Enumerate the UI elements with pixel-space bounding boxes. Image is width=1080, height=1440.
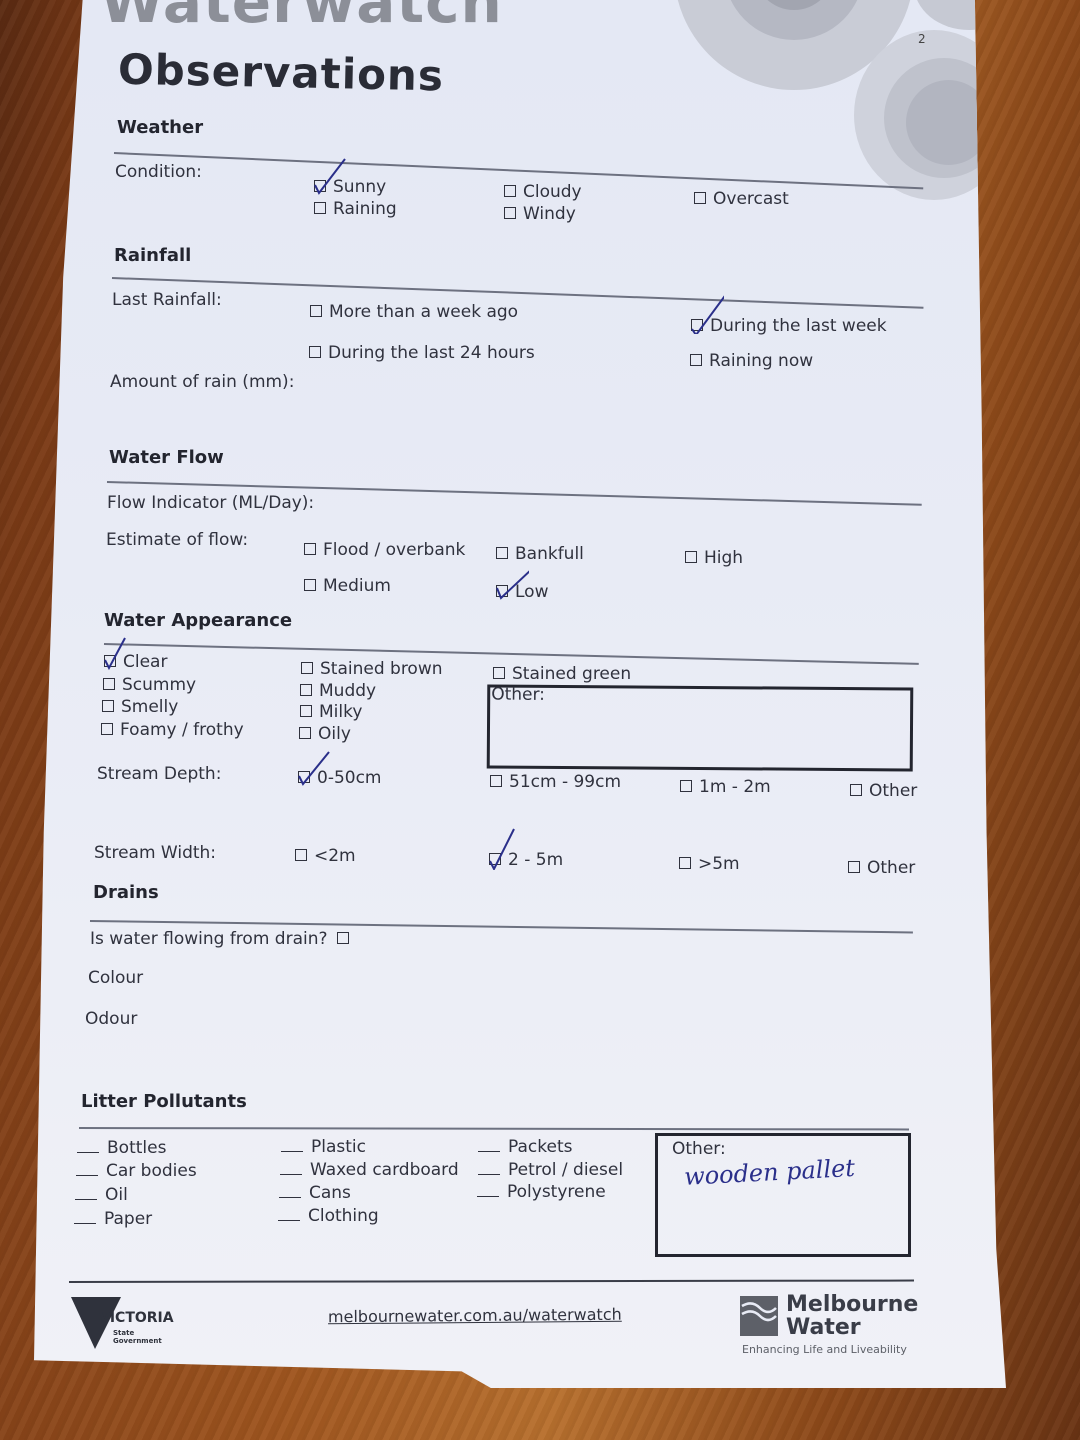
- handwritten-check-icon: [297, 748, 331, 788]
- litter-item-clothing[interactable]: Clothing: [278, 1206, 379, 1226]
- section-title-weather: Weather: [117, 117, 203, 138]
- checkbox-box: [685, 551, 697, 563]
- checkbox-depth-other[interactable]: Other: [850, 781, 917, 801]
- checkbox-box: [493, 667, 505, 679]
- app-title: Waterwatch: [100, 0, 503, 36]
- count-blank[interactable]: [478, 1174, 500, 1175]
- stream-depth-label: Stream Depth:: [97, 764, 221, 784]
- waterwatch-website-link[interactable]: melbournewater.com.au/waterwatch: [328, 1305, 622, 1327]
- count-blank[interactable]: [280, 1174, 302, 1175]
- litter-item-plastic[interactable]: Plastic: [281, 1137, 366, 1157]
- observation-form-sheet: 2 Waterwatch Observations Weather Condit…: [34, 0, 1006, 1388]
- checkbox-overcast[interactable]: Overcast: [694, 189, 789, 209]
- checkbox-box: [300, 684, 312, 696]
- stream-width-label: Stream Width:: [94, 843, 216, 863]
- victoria-government-logo: VICTORIA State Government: [71, 1297, 181, 1349]
- checkbox-depth-1-2m[interactable]: 1m - 2m: [680, 777, 771, 797]
- checkbox-raining-now[interactable]: Raining now: [690, 351, 813, 371]
- checkbox-stained-brown[interactable]: Stained brown: [301, 659, 443, 679]
- count-blank[interactable]: [281, 1151, 303, 1152]
- checkbox-box: [314, 180, 326, 192]
- checkbox-during-last-week[interactable]: During the last week: [691, 316, 887, 336]
- checkbox-oily[interactable]: Oily: [299, 724, 351, 744]
- appearance-other-field[interactable]: Other:: [487, 685, 914, 772]
- condition-label: Condition:: [115, 162, 202, 182]
- checkbox-box: [314, 202, 326, 214]
- litter-item-packets[interactable]: Packets: [478, 1137, 572, 1157]
- checkbox-box: [850, 784, 862, 796]
- checkbox-sunny[interactable]: Sunny: [314, 177, 386, 197]
- handwritten-check-icon: [690, 284, 724, 334]
- page-number: 2: [918, 32, 926, 46]
- footer-divider: [69, 1280, 914, 1283]
- drain-odour-label: Odour: [85, 1009, 137, 1029]
- section-divider: [79, 1127, 909, 1130]
- checkbox-low[interactable]: Low: [496, 582, 548, 602]
- checkbox-width-other[interactable]: Other: [848, 858, 915, 878]
- checkbox-box: [504, 185, 516, 197]
- checkbox-stained-green[interactable]: Stained green: [493, 664, 631, 684]
- drain-colour-label: Colour: [88, 968, 143, 988]
- litter-item-polystyrene[interactable]: Polystyrene: [477, 1182, 606, 1202]
- checkbox-box: [489, 853, 501, 865]
- checkbox-box: [694, 192, 706, 204]
- appearance-other-label: Other:: [491, 685, 910, 708]
- count-blank[interactable]: [278, 1220, 300, 1221]
- checkbox-width-under-2m[interactable]: <2m: [295, 846, 356, 866]
- checkbox-box: [496, 547, 508, 559]
- checkbox-drain-flowing[interactable]: [337, 932, 349, 944]
- section-title-water-appearance: Water Appearance: [104, 610, 292, 631]
- count-blank[interactable]: [477, 1196, 499, 1197]
- checkbox-milky[interactable]: Milky: [300, 702, 362, 722]
- checkbox-box: [298, 771, 310, 783]
- checkbox-box: [690, 354, 702, 366]
- checkbox-box: [504, 207, 516, 219]
- drain-flowing-question[interactable]: Is water flowing from drain?: [90, 929, 356, 949]
- checkbox-box: [295, 849, 307, 861]
- handwritten-check-icon: [495, 562, 529, 602]
- flow-indicator-label: Flow Indicator (ML/Day):: [107, 493, 314, 513]
- count-blank[interactable]: [77, 1152, 99, 1153]
- checkbox-smelly[interactable]: Smelly: [102, 697, 178, 717]
- water-waves-icon: [740, 1296, 778, 1336]
- checkbox-box: [310, 305, 322, 317]
- checkbox-flood-overbank[interactable]: Flood / overbank: [304, 540, 465, 560]
- checkbox-box: [101, 723, 113, 735]
- checkbox-cloudy[interactable]: Cloudy: [504, 182, 582, 202]
- litter-item-waxed-cardboard[interactable]: Waxed cardboard: [280, 1160, 459, 1180]
- checkbox-box: [103, 678, 115, 690]
- count-blank[interactable]: [74, 1223, 96, 1224]
- checkbox-width-over-5m[interactable]: >5m: [679, 854, 740, 874]
- checkbox-box: [300, 705, 312, 717]
- checkbox-high[interactable]: High: [685, 548, 743, 568]
- checkbox-box: [102, 700, 114, 712]
- count-blank[interactable]: [75, 1199, 97, 1200]
- checkbox-box: [679, 857, 691, 869]
- litter-item-paper[interactable]: Paper: [74, 1209, 152, 1229]
- litter-item-bottles[interactable]: Bottles: [77, 1138, 166, 1158]
- section-title-rainfall: Rainfall: [114, 245, 191, 266]
- checkbox-scummy[interactable]: Scummy: [103, 675, 196, 695]
- checkbox-muddy[interactable]: Muddy: [300, 681, 376, 701]
- section-title-water-flow: Water Flow: [109, 447, 224, 468]
- count-blank[interactable]: [478, 1151, 500, 1152]
- count-blank[interactable]: [279, 1197, 301, 1198]
- estimate-of-flow-label: Estimate of flow:: [106, 530, 248, 550]
- checkbox-foamy-frothy[interactable]: Foamy / frothy: [101, 720, 244, 740]
- checkbox-depth-0-50cm[interactable]: 0-50cm: [298, 768, 382, 788]
- amount-of-rain-field[interactable]: [314, 372, 614, 396]
- checkbox-box: [104, 655, 116, 667]
- checkbox-raining[interactable]: Raining: [314, 199, 397, 219]
- litter-item-cans[interactable]: Cans: [279, 1183, 351, 1203]
- handwritten-check-icon: [313, 157, 347, 197]
- checkbox-box: [848, 861, 860, 873]
- litter-item-oil[interactable]: Oil: [75, 1185, 128, 1205]
- checkbox-medium[interactable]: Medium: [304, 576, 391, 596]
- handwritten-check-icon: [488, 824, 522, 870]
- melbourne-water-logo: Melbourne Water Enhancing Life and Livea…: [740, 1294, 920, 1360]
- page-title: Observations: [118, 45, 445, 101]
- checkbox-box: [496, 585, 508, 597]
- checkbox-box: [309, 346, 321, 358]
- checkbox-box: [301, 662, 313, 674]
- checkbox-more-than-week[interactable]: More than a week ago: [310, 302, 518, 322]
- litter-item-car-bodies[interactable]: Car bodies: [76, 1161, 197, 1181]
- checkbox-box: [680, 780, 692, 792]
- checkbox-box: [691, 319, 703, 331]
- checkbox-clear[interactable]: Clear: [104, 652, 167, 672]
- checkbox-bankfull[interactable]: Bankfull: [496, 544, 584, 564]
- checkbox-depth-51-99cm[interactable]: 51cm - 99cm: [490, 772, 621, 792]
- checkbox-windy[interactable]: Windy: [504, 204, 576, 224]
- checkbox-last-24-hours[interactable]: During the last 24 hours: [309, 343, 535, 363]
- litter-other-field[interactable]: Other: wooden pallet: [655, 1133, 911, 1257]
- section-divider: [104, 643, 919, 665]
- last-rainfall-label: Last Rainfall:: [112, 290, 222, 310]
- litter-item-petrol-diesel[interactable]: Petrol / diesel: [478, 1160, 623, 1180]
- count-blank[interactable]: [76, 1175, 98, 1176]
- checkbox-width-2-5m[interactable]: 2 - 5m: [489, 850, 563, 870]
- handwritten-check-icon: [103, 632, 137, 672]
- amount-of-rain-label: Amount of rain (mm):: [110, 372, 294, 392]
- section-title-litter-pollutants: Litter Pollutants: [81, 1091, 247, 1112]
- checkbox-box: [304, 543, 316, 555]
- checkbox-box: [304, 579, 316, 591]
- checkbox-box: [490, 775, 502, 787]
- section-title-drains: Drains: [93, 882, 159, 903]
- checkbox-box: [299, 727, 311, 739]
